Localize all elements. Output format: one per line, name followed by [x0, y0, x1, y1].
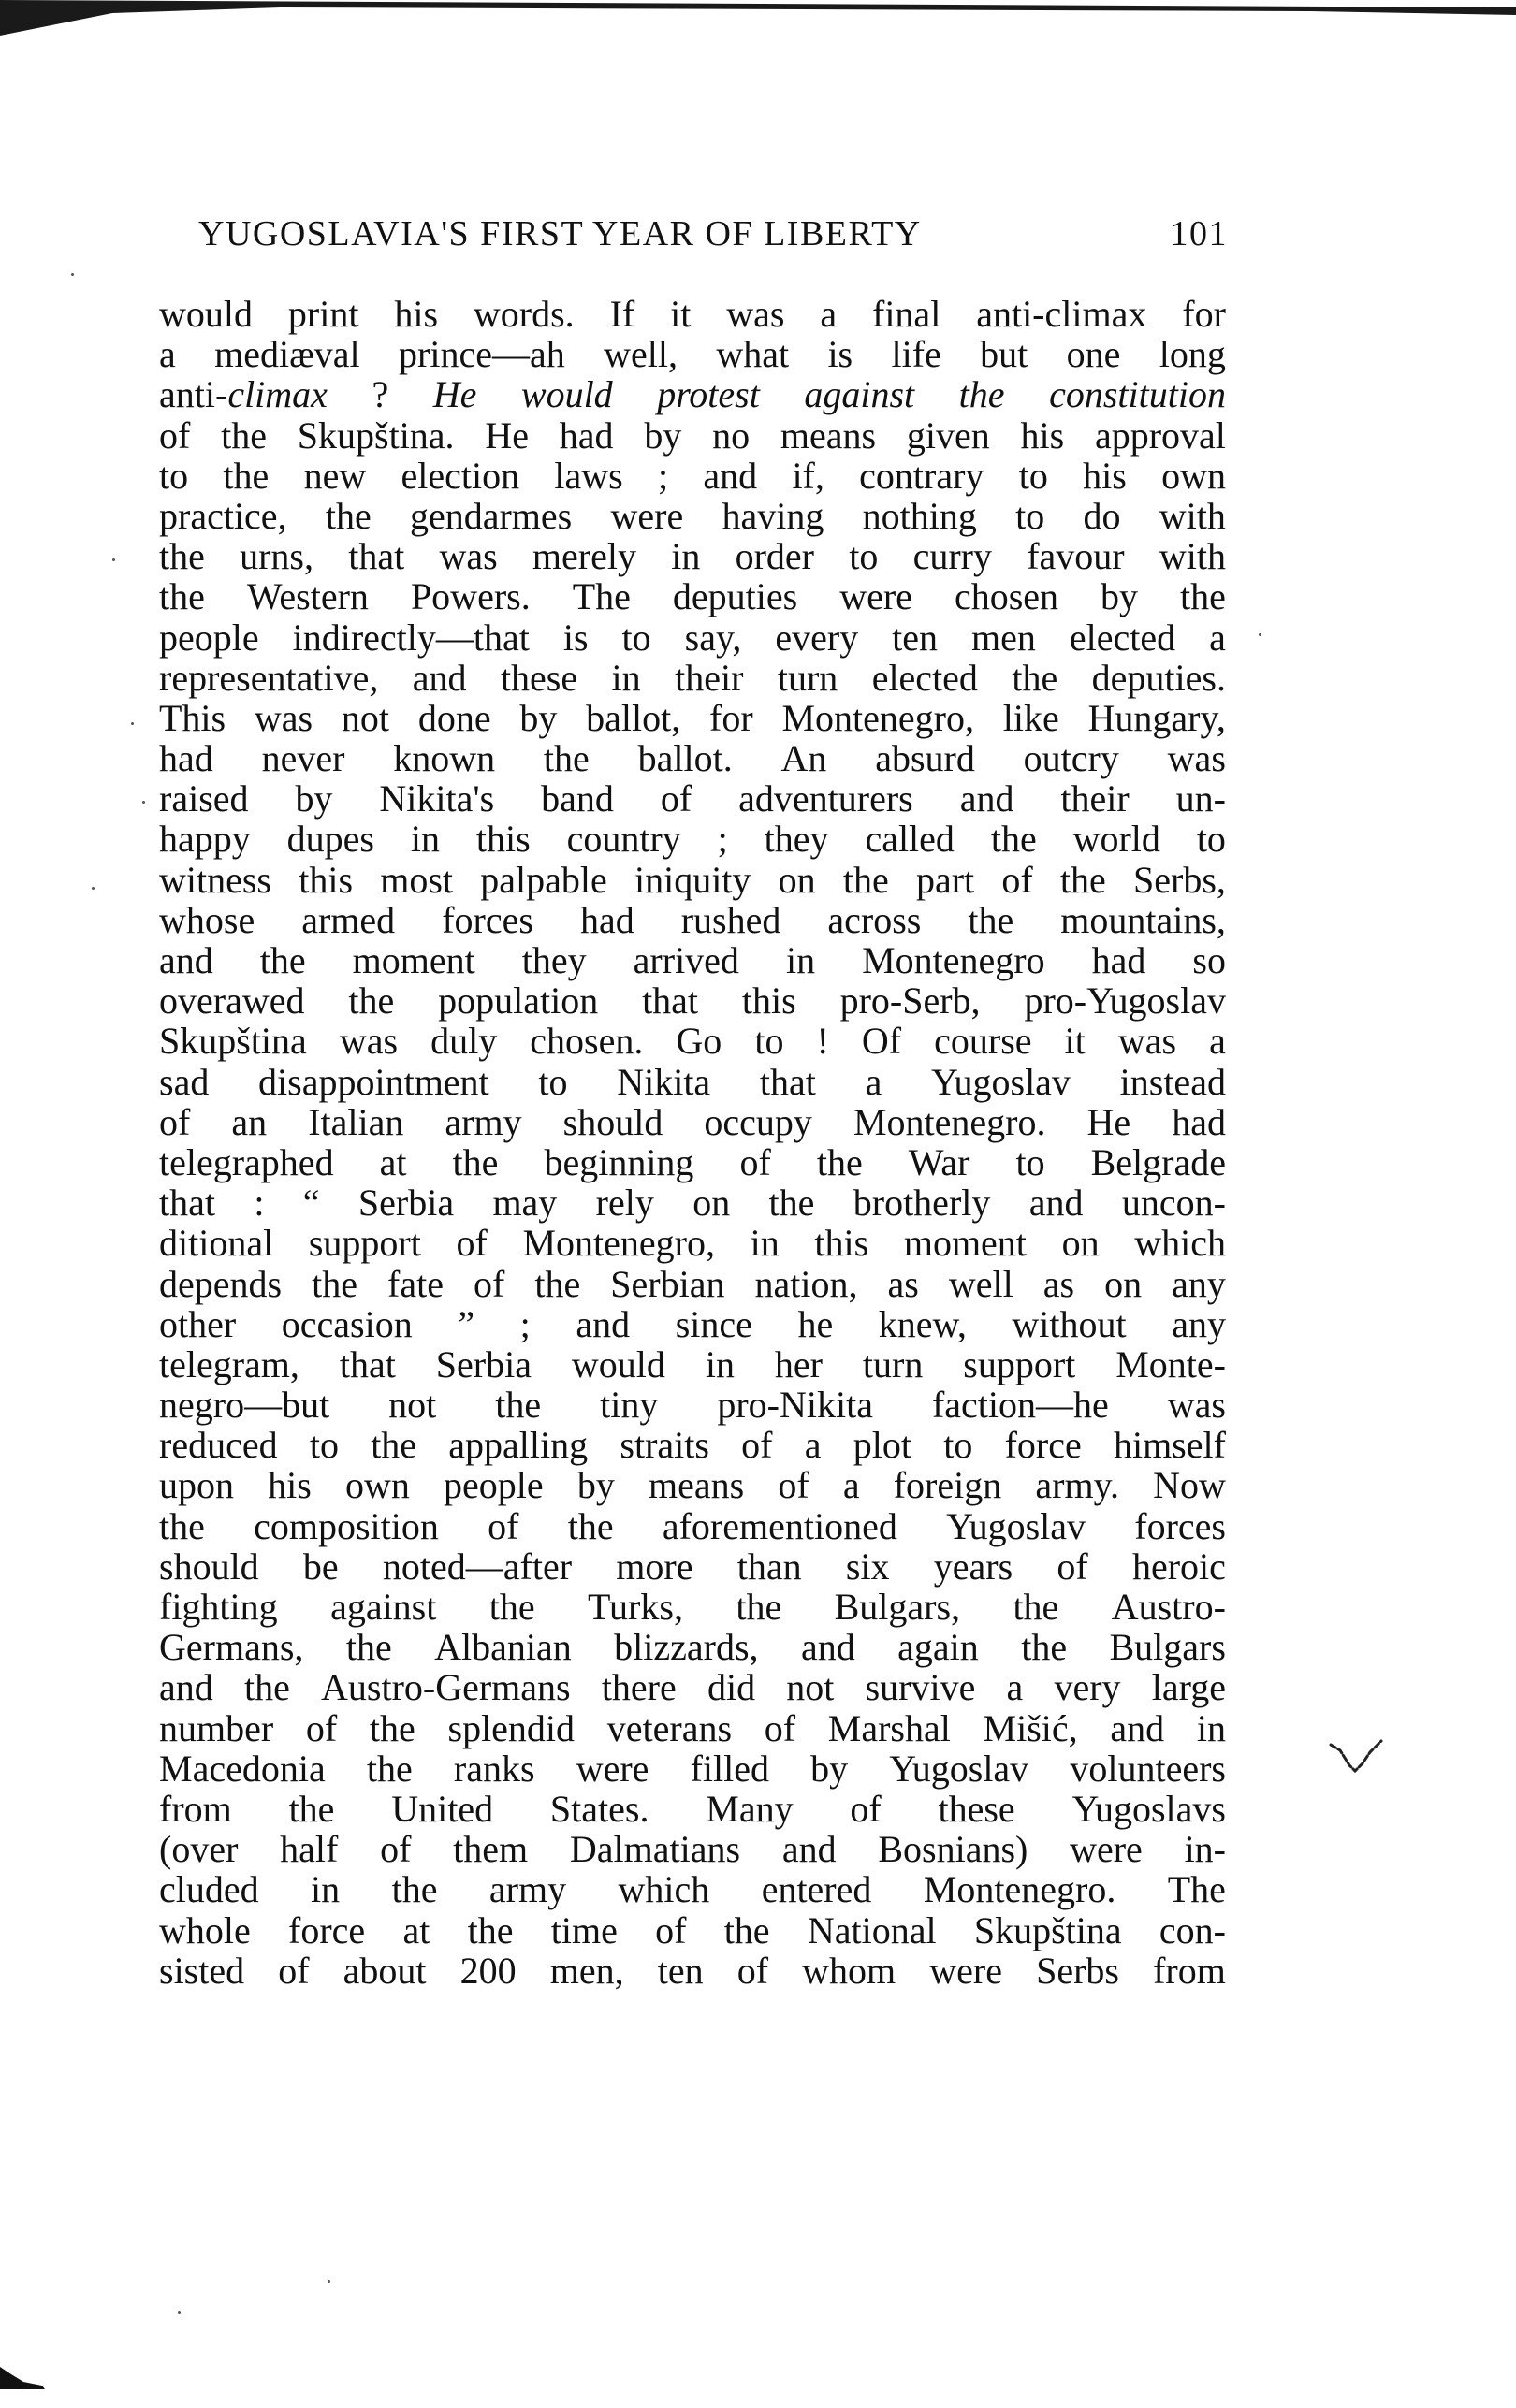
text-line: (overhalfofthemDalmatiansandBosnians)wer…	[159, 1829, 1226, 1869]
text-line: representative,andtheseintheirturnelecte…	[159, 658, 1226, 698]
text-line: dependsthefateoftheSerbiannation,aswella…	[159, 1264, 1226, 1304]
scan-speck	[131, 722, 134, 725]
text-line: happydupesinthiscountry;theycalledthewor…	[159, 819, 1226, 859]
scan-speck	[112, 558, 115, 561]
text-line: Thiswasnotdonebyballot,forMontenegro,lik…	[159, 698, 1226, 738]
scan-speck	[178, 2311, 181, 2314]
text-line: Germans,theAlbanianblizzards,andagainthe…	[159, 1627, 1226, 1667]
scan-shadow-bottom	[0, 2367, 56, 2395]
text-line: oftheSkupština.Hehadbynomeansgivenhisapp…	[159, 415, 1226, 456]
text-line: that:“Serbiamayrelyonthebrotherlyandunco…	[159, 1182, 1226, 1223]
text-line: cludedinthearmywhichenteredMontenegro.Th…	[159, 1869, 1226, 1909]
running-head-title: YUGOSLAVIA'S FIRST YEAR OF LIBERTY	[198, 213, 922, 254]
scan-speck	[71, 273, 74, 276]
text-line: numberofthesplendidveteransofMarshalMiši…	[159, 1708, 1226, 1748]
scan-speck	[328, 2280, 330, 2283]
text-line: whosearmedforceshadrushedacrossthemounta…	[159, 900, 1226, 940]
text-line: anti-climax?Hewouldprotestagainstthecons…	[159, 374, 1226, 414]
text-line: saddisappointmenttoNikitathataYugoslavin…	[159, 1062, 1226, 1102]
text-line: negro—butnotthetinypro-Nikitafaction—hew…	[159, 1385, 1226, 1425]
text-line: wouldprinthiswords.Ifitwasafinalanti-cli…	[159, 294, 1226, 334]
body-text: wouldprinthiswords.Ifitwasafinalanti-cli…	[159, 294, 1226, 1991]
running-head: YUGOSLAVIA'S FIRST YEAR OF LIBERTY 101	[198, 213, 1228, 254]
text-line: telegraphedatthebeginningoftheWartoBelgr…	[159, 1142, 1226, 1182]
text-line: wholeforceatthetimeoftheNationalSkupštin…	[159, 1910, 1226, 1951]
text-line: theurns,thatwasmerelyinordertocurryfavou…	[159, 536, 1226, 576]
text-line: fightingagainsttheTurks,theBulgars,theAu…	[159, 1587, 1226, 1627]
text-line: fromtheUnitedStates.ManyoftheseYugoslavs	[159, 1789, 1226, 1829]
text-line: thecompositionoftheaforementionedYugosla…	[159, 1506, 1226, 1546]
text-line: ditionalsupportofMontenegro,inthismoment…	[159, 1223, 1226, 1263]
text-line: hadneverknowntheballot.Anabsurdoutcrywas	[159, 738, 1226, 778]
text-line: overawedthepopulationthatthispro-Serb,pr…	[159, 980, 1226, 1021]
scan-speck	[142, 801, 145, 804]
text-line: raisedbyNikita'sbandofadventurersandthei…	[159, 778, 1226, 819]
scan-speck	[1259, 633, 1261, 636]
text-line: MacedoniatherankswerefilledbyYugoslavvol…	[159, 1748, 1226, 1789]
text-line: theWesternPowers.Thedeputieswerechosenby…	[159, 576, 1226, 617]
text-line: practice,thegendarmeswerehavingnothingto…	[159, 496, 1226, 536]
text-line: andtheAustro-Germanstheredidnotsurviveav…	[159, 1667, 1226, 1707]
page-number: 101	[1171, 213, 1229, 254]
text-line: ofanItalianarmyshouldoccupyMontenegro.He…	[159, 1102, 1226, 1142]
text-line: Skupštinawasdulychosen.Goto!Ofcourseitwa…	[159, 1021, 1226, 1061]
scan-shadow-top	[0, 0, 1516, 37]
text-line: amediævalprince—ahwell,whatislifebutonel…	[159, 334, 1226, 374]
text-line: andthemomenttheyarrivedinMontenegrohadso	[159, 940, 1226, 980]
text-line: otheroccasion”;andsinceheknew,withoutany	[159, 1304, 1226, 1344]
text-line: shouldbenoted—aftermorethansixyearsofher…	[159, 1546, 1226, 1587]
text-line: telegram,thatSerbiawouldinherturnsupport…	[159, 1344, 1226, 1385]
text-line: uponhisownpeoplebymeansofaforeignarmy.No…	[159, 1465, 1226, 1505]
text-line: sistedofabout200men,tenofwhomwereSerbsfr…	[159, 1951, 1226, 1991]
checkmark-icon	[1327, 1735, 1392, 1782]
scan-speck	[92, 887, 95, 890]
text-line: witnessthismostpalpableiniquityonthepart…	[159, 860, 1226, 900]
text-line: peopleindirectly—thatistosay,everytenmen…	[159, 617, 1226, 658]
text-line: tothenewelectionlaws;andif,contrarytohis…	[159, 456, 1226, 496]
text-line: reducedtotheappallingstraitsofaplottofor…	[159, 1425, 1226, 1465]
